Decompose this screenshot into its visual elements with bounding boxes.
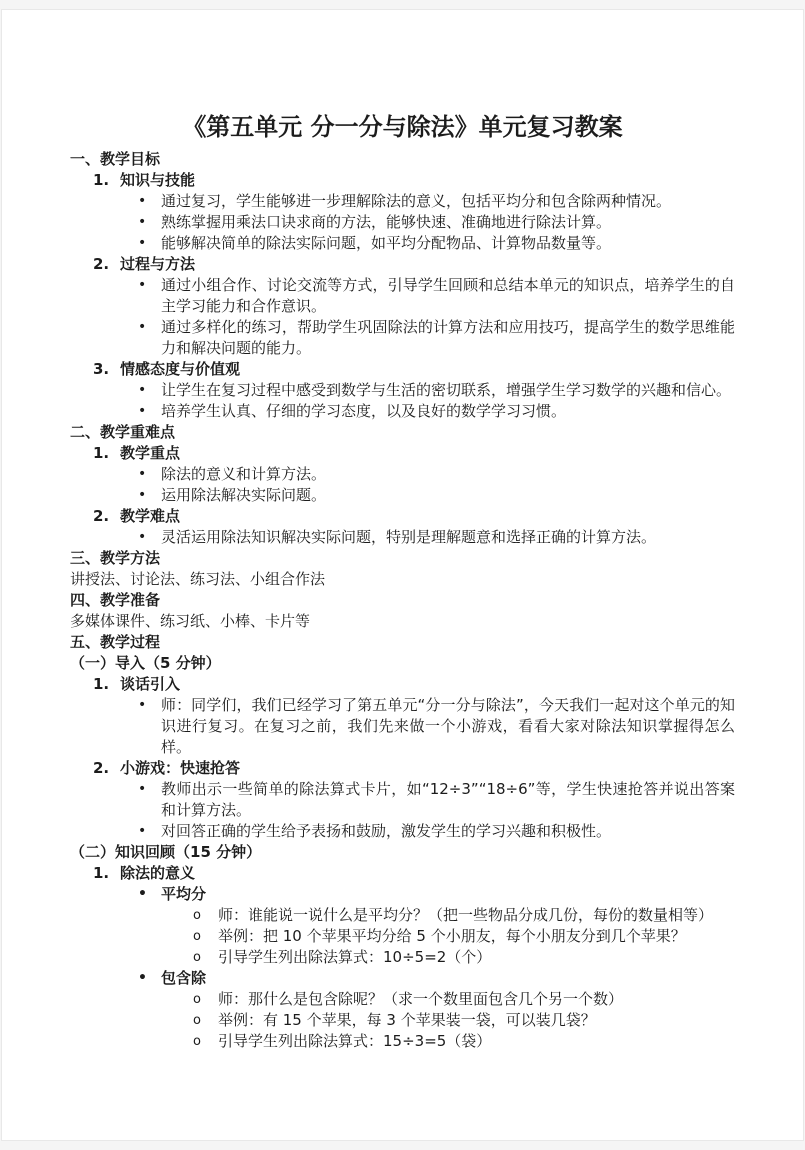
list-marker: o [193, 989, 218, 1010]
doc-line: 2. 过程与方法 [93, 254, 735, 275]
line-text: 举例：有 15 个苹果，每 3 个苹果装一袋，可以装几袋？ [218, 1010, 735, 1031]
line-text: 对回答正确的学生给予表扬和鼓励，激发学生的学习兴趣和积极性。 [161, 821, 735, 842]
doc-line: o 师：那什么是包含除呢？（求一个数里面包含几个另一个数） [193, 989, 735, 1010]
list-marker: • [138, 212, 161, 233]
line-text: 教师出示一些简单的除法算式卡片，如“12÷3”“18÷6”等，学生快速抢答并说出… [161, 779, 735, 821]
list-marker: 1. [93, 443, 120, 464]
list-marker: • [138, 380, 161, 401]
doc-line: o 引导学生列出除法算式：10÷5=2（个） [193, 947, 735, 968]
doc-line: （一）导入（5 分钟） [70, 653, 735, 674]
doc-line: • 通过复习，学生能够进一步理解除法的意义，包括平均分和包含除两种情况。 [138, 191, 735, 212]
doc-line: 五、教学过程 [70, 632, 735, 653]
line-text: 情感态度与价值观 [120, 359, 735, 380]
line-text: 灵活运用除法知识解决实际问题，特别是理解题意和选择正确的计算方法。 [161, 527, 735, 548]
doc-line: • 让学生在复习过程中感受到数学与生活的密切联系，增强学生学习数学的兴趣和信心。 [138, 380, 735, 401]
line-text: 能够解决简单的除法实际问题，如平均分配物品、计算物品数量等。 [161, 233, 735, 254]
list-marker: • [138, 968, 161, 989]
line-text: 通过小组合作、讨论交流等方式，引导学生回顾和总结本单元的知识点，培养学生的自主学… [161, 275, 735, 317]
doc-line: • 通过多样化的练习，帮助学生巩固除法的计算方法和应用技巧，提高学生的数学思维能… [138, 317, 735, 359]
line-text: 举例：把 10 个苹果平均分给 5 个小朋友，每个小朋友分到几个苹果？ [218, 926, 735, 947]
list-marker: • [138, 464, 161, 485]
doc-line: o 举例：把 10 个苹果平均分给 5 个小朋友，每个小朋友分到几个苹果？ [193, 926, 735, 947]
document-title: 《第五单元 分一分与除法》单元复习教案 [70, 112, 735, 142]
doc-line: 1. 谈话引入 [93, 674, 735, 695]
document-viewer: { "document": { "title": "《第五单元 分一分与除法》单… [0, 0, 805, 1150]
list-marker: • [138, 233, 161, 254]
line-text: 通过复习，学生能够进一步理解除法的意义，包括平均分和包含除两种情况。 [161, 191, 735, 212]
doc-line: • 灵活运用除法知识解决实际问题，特别是理解题意和选择正确的计算方法。 [138, 527, 735, 548]
doc-line: 讲授法、讨论法、练习法、小组合作法 [70, 569, 735, 590]
line-text: 师：同学们，我们已经学习了第五单元“分一分与除法”，今天我们一起对这个单元的知识… [161, 695, 735, 758]
line-text: 通过多样化的练习，帮助学生巩固除法的计算方法和应用技巧，提高学生的数学思维能力和… [161, 317, 735, 359]
line-text: 二、教学重难点 [70, 422, 735, 443]
doc-line: 1. 教学重点 [93, 443, 735, 464]
list-marker: • [138, 695, 161, 716]
doc-line: o 引导学生列出除法算式：15÷3=5（袋） [193, 1031, 735, 1052]
list-marker: • [138, 485, 161, 506]
doc-line: o 师：谁能说一说什么是平均分？（把一些物品分成几份，每份的数量相等） [193, 905, 735, 926]
line-text: 除法的意义 [120, 863, 735, 884]
line-text: 师：那什么是包含除呢？（求一个数里面包含几个另一个数） [218, 989, 735, 1010]
line-text: 过程与方法 [120, 254, 735, 275]
doc-line: 1. 知识与技能 [93, 170, 735, 191]
list-marker: • [138, 191, 161, 212]
list-marker: • [138, 884, 161, 905]
list-marker: • [138, 275, 161, 296]
line-text: 熟练掌握用乘法口诀求商的方法，能够快速、准确地进行除法计算。 [161, 212, 735, 233]
line-text: 包含除 [161, 968, 735, 989]
doc-line: • 教师出示一些简单的除法算式卡片，如“12÷3”“18÷6”等，学生快速抢答并… [138, 779, 735, 821]
line-text: 引导学生列出除法算式：15÷3=5（袋） [218, 1031, 735, 1052]
line-text: 培养学生认真、仔细的学习态度，以及良好的数学学习习惯。 [161, 401, 735, 422]
doc-line: • 能够解决简单的除法实际问题，如平均分配物品、计算物品数量等。 [138, 233, 735, 254]
line-text: 教学重点 [120, 443, 735, 464]
line-text: 五、教学过程 [70, 632, 735, 653]
line-text: 运用除法解决实际问题。 [161, 485, 735, 506]
list-marker: 1. [93, 170, 120, 191]
list-marker: • [138, 317, 161, 338]
list-marker: • [138, 527, 161, 548]
list-marker: 1. [93, 863, 120, 884]
doc-line: • 包含除 [138, 968, 735, 989]
list-marker: • [138, 401, 161, 422]
list-marker: o [193, 905, 218, 926]
line-text: 三、教学方法 [70, 548, 735, 569]
line-text: （一）导入（5 分钟） [70, 653, 735, 674]
list-marker: • [138, 779, 161, 800]
doc-line: • 平均分 [138, 884, 735, 905]
line-text: 小游戏：快速抢答 [120, 758, 735, 779]
doc-line: （二）知识回顾（15 分钟） [70, 842, 735, 863]
line-text: 谈话引入 [120, 674, 735, 695]
doc-line: 1. 除法的意义 [93, 863, 735, 884]
list-marker: 2. [93, 506, 120, 527]
line-text: 师：谁能说一说什么是平均分？（把一些物品分成几份，每份的数量相等） [218, 905, 735, 926]
doc-line: 四、教学准备 [70, 590, 735, 611]
doc-line: • 培养学生认真、仔细的学习态度，以及良好的数学学习习惯。 [138, 401, 735, 422]
list-marker: 3. [93, 359, 120, 380]
line-text: 教学难点 [120, 506, 735, 527]
document-page: 《第五单元 分一分与除法》单元复习教案 一、教学目标 1. 知识与技能 • 通过… [2, 10, 803, 1140]
line-text: 一、教学目标 [70, 149, 735, 170]
doc-line: o 举例：有 15 个苹果，每 3 个苹果装一袋，可以装几袋？ [193, 1010, 735, 1031]
line-text: 除法的意义和计算方法。 [161, 464, 735, 485]
doc-line: 二、教学重难点 [70, 422, 735, 443]
line-text: 平均分 [161, 884, 735, 905]
doc-line: • 通过小组合作、讨论交流等方式，引导学生回顾和总结本单元的知识点，培养学生的自… [138, 275, 735, 317]
list-marker: o [193, 926, 218, 947]
list-marker: • [138, 821, 161, 842]
list-marker: 2. [93, 254, 120, 275]
list-marker: o [193, 1031, 218, 1052]
doc-line: 三、教学方法 [70, 548, 735, 569]
doc-line: • 对回答正确的学生给予表扬和鼓励，激发学生的学习兴趣和积极性。 [138, 821, 735, 842]
doc-line: • 运用除法解决实际问题。 [138, 485, 735, 506]
list-marker: o [193, 947, 218, 968]
doc-line: 2. 小游戏：快速抢答 [93, 758, 735, 779]
line-text: 知识与技能 [120, 170, 735, 191]
line-text: （二）知识回顾（15 分钟） [70, 842, 735, 863]
line-text: 讲授法、讨论法、练习法、小组合作法 [70, 569, 735, 590]
line-text: 多媒体课件、练习纸、小棒、卡片等 [70, 611, 735, 632]
list-marker: o [193, 1010, 218, 1031]
doc-line: 3. 情感态度与价值观 [93, 359, 735, 380]
document-body: 《第五单元 分一分与除法》单元复习教案 一、教学目标 1. 知识与技能 • 通过… [2, 112, 803, 1052]
doc-line: • 熟练掌握用乘法口诀求商的方法，能够快速、准确地进行除法计算。 [138, 212, 735, 233]
doc-line: • 师：同学们，我们已经学习了第五单元“分一分与除法”，今天我们一起对这个单元的… [138, 695, 735, 758]
doc-line: 一、教学目标 [70, 149, 735, 170]
list-marker: 1. [93, 674, 120, 695]
list-marker: 2. [93, 758, 120, 779]
doc-line: 2. 教学难点 [93, 506, 735, 527]
line-text: 引导学生列出除法算式：10÷5=2（个） [218, 947, 735, 968]
line-text: 让学生在复习过程中感受到数学与生活的密切联系，增强学生学习数学的兴趣和信心。 [161, 380, 735, 401]
line-text: 四、教学准备 [70, 590, 735, 611]
doc-line: • 除法的意义和计算方法。 [138, 464, 735, 485]
doc-line: 多媒体课件、练习纸、小棒、卡片等 [70, 611, 735, 632]
